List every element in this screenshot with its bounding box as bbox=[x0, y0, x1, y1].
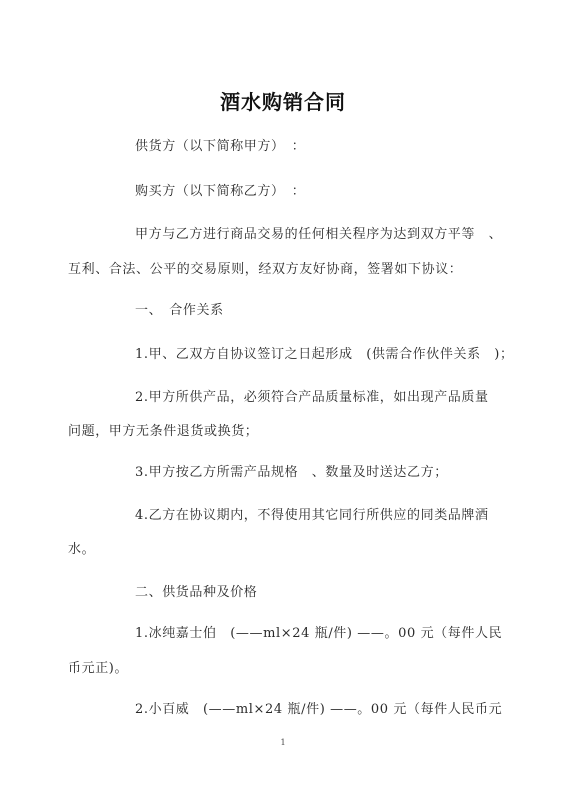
page-number: 1 bbox=[0, 738, 566, 747]
section-2-item-1-line-1: 1.冰纯嘉士伯 (——ml×24 瓶/件) ——。00 元（每件人民 bbox=[135, 622, 502, 641]
supplier-party-line: 供货方（以下简称甲方） ： bbox=[135, 135, 305, 154]
section-2-item-1-line-2: 币元正)。 bbox=[68, 657, 128, 676]
document-page: 酒水购销合同 供货方（以下简称甲方） ： 购买方（以下简称乙方） ： 甲方与乙方… bbox=[0, 0, 566, 800]
section-1-item-4-line-1: 4.乙方在协议期内，不得使用其它同行所供应的同类品牌酒 bbox=[135, 504, 489, 523]
section-2-item-2-line-1: 2.小百威 (——ml×24 瓶/件) ——。00 元（每件人民币元 bbox=[135, 698, 502, 717]
section-2-heading: 二、供货品种及价格 bbox=[135, 581, 257, 600]
buyer-party-line: 购买方（以下简称乙方） ： bbox=[135, 180, 305, 199]
section-1-item-2-line-2: 问题，甲方无条件退货或换货； bbox=[68, 420, 258, 439]
section-1-item-4-line-2: 水。 bbox=[68, 538, 95, 557]
preamble-line-1: 甲方与乙方进行商品交易的任何相关程序为达到双方平等 、 bbox=[135, 223, 502, 242]
document-title: 酒水购销合同 bbox=[0, 86, 566, 115]
preamble-line-2: 互利、合法、公平的交易原则，经双方友好协商，签署如下协议： bbox=[68, 258, 462, 277]
section-1-item-2-line-1: 2.甲方所供产品，必须符合产品质量标准，如出现产品质量 bbox=[135, 386, 489, 405]
section-1-heading: 一、 合作关系 bbox=[135, 299, 224, 318]
section-1-item-3: 3.甲方按乙方所需产品规格 、数量及时送达乙方； bbox=[135, 461, 448, 480]
section-1-item-1: 1.甲、乙双方自协议签订之日起形成 (供需合作伙伴关系 )； bbox=[135, 343, 514, 362]
